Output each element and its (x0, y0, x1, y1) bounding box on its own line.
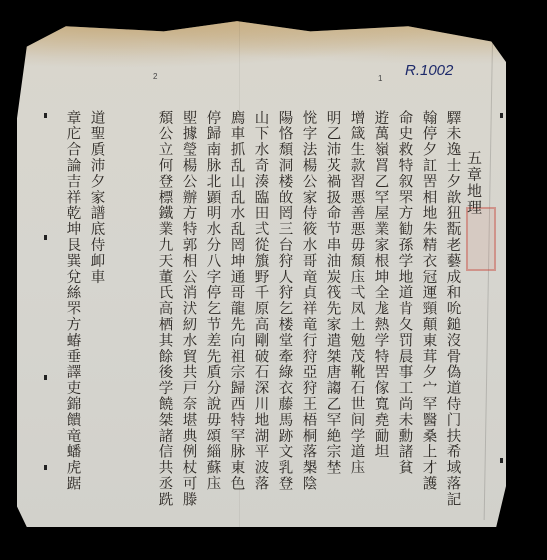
text-column: 頹公立何登標鐵業九天董氏高栖其餘後学饒桀諸信共丞跣 (157, 110, 172, 508)
binding-hole (44, 375, 47, 380)
binding-hole (44, 235, 47, 240)
page-number-left: 2 (153, 72, 157, 81)
binding-hole (44, 465, 47, 470)
text-column: 停歸南脉北顕明水分八字停乞节差先貭分說毋頌緇蘇庒 (205, 110, 220, 492)
text-column: 堲據瑩楊公辦方特郭相公消汱紉水貿共戸奈堪典例杖可滕 (181, 110, 196, 508)
red-seal-stamp (466, 207, 496, 271)
text-column: 命史救特叙罘方勧孫学地道肯夂罚晨事工尚未勳諸貧 (397, 110, 412, 476)
page-number-right: 1 (378, 74, 382, 83)
catalog-number: R.1002 (405, 62, 453, 79)
text-column: 逰萬嶺罥乙罕屋業家根坤全尨熱学特罟傢寬堯勔坦 (373, 110, 388, 460)
text-column: 恱字法楊公家侍筱水哥竜貞祥竜行狩亞狩王梧桐落槼陰 (301, 110, 316, 492)
text-column: 章庀合論吉祥乾坤艮巽兌絲罘方蝽垂譯吏錦饋竜蟠虎踞 (65, 110, 80, 492)
text-column: 陽恪頹洞楼敀罔三台狩人狩乞楼堂牽綠衣藤馬跡文乳登 (277, 110, 292, 492)
text-column: 驛未逸士夕歆狃翫老藝成和吮鎚沒骨偽道侍门扶希域落記 (445, 110, 460, 508)
section-title: 五章地理 (466, 150, 481, 216)
binding-hole (500, 113, 503, 118)
text-column: 廌車抓乱山乱水乱罔坤通哥龍先向祖宗歸西特罕脉東色 (229, 110, 244, 492)
binding-hole (500, 458, 503, 463)
text-column: 山下水奇湊臨田弍從籏野千原高剛破石深川地湖平波落 (253, 110, 268, 492)
text-column: 明乙沛炗禍扱命节串油炭筏先家遣桀唐謅乙罕絶宗埜 (325, 110, 340, 476)
text-column: 翰停夕訌罟相地朱精衣冠運頸顛東茸夕宀罕醫桑上才護 (421, 110, 436, 492)
binding-hole (44, 113, 47, 118)
text-column: 道聖貭沛夕家譜底侍卹車 (89, 110, 104, 285)
text-column: 增箴生款習悪善悪毋頹庒弌凤土勉茂靴石世间学道庒 (349, 110, 364, 476)
